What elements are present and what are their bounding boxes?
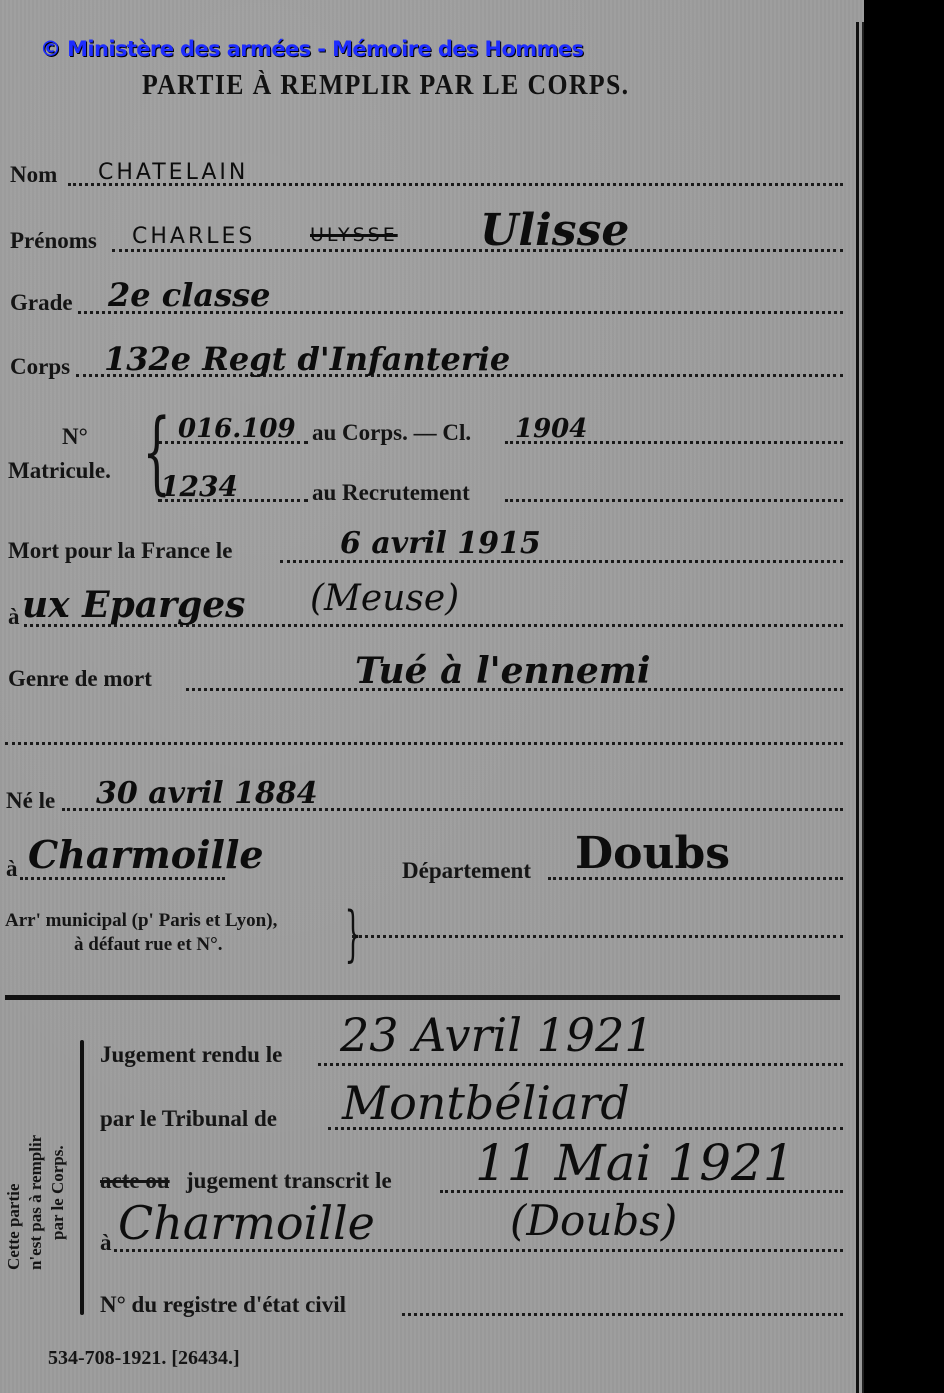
registre-line xyxy=(402,1313,843,1316)
ne-value: 30 avril 1884 xyxy=(96,776,318,811)
section-divider xyxy=(5,995,840,1000)
prenoms-value: CHARLES xyxy=(132,224,255,249)
jugement-rendu-line xyxy=(318,1063,843,1066)
lieu-mort-dept: (Meuse) xyxy=(310,578,459,619)
matricule-corps-label: au Corps. — Cl. xyxy=(312,420,471,446)
tribunal-value: Montbéliard xyxy=(342,1076,630,1130)
departement-label: Département xyxy=(402,858,531,884)
form-heading: PARTIE À REMPLIR PAR LE CORPS. xyxy=(142,70,629,102)
lieu-naissance-value: Charmoille xyxy=(28,832,264,877)
matricule-recrutement-label: au Recrutement xyxy=(312,480,470,506)
nom-value: CHATELAIN xyxy=(98,160,248,185)
side-note: Cette partie n'est pas à remplir par le … xyxy=(0,1080,90,1280)
prenoms-label: Prénoms xyxy=(10,228,97,254)
jugement-lieu-value: Charmoille xyxy=(118,1196,375,1250)
genre-mort-value: Tué à l'ennemi xyxy=(355,650,651,692)
lieu-naissance-line xyxy=(20,877,225,880)
prenoms-correction: Ulisse xyxy=(480,205,629,256)
genre-mort-label: Genre de mort xyxy=(8,666,152,692)
mort-value: 6 avril 1915 xyxy=(340,526,541,561)
prenoms-struck: ULYSSE xyxy=(310,224,398,246)
prenoms-line xyxy=(112,249,843,252)
grade-value: 2e classe xyxy=(108,276,271,314)
transcrit-value: 11 Mai 1921 xyxy=(475,1134,795,1192)
matricule-recrutement-value: 1234 xyxy=(160,470,238,503)
jugement-rendu-label: Jugement rendu le xyxy=(100,1042,282,1068)
transcrit-struck: acte ou xyxy=(100,1168,170,1194)
side-note-line3: par le Corps. xyxy=(48,1145,68,1240)
lieu-naissance-prefix: à xyxy=(6,856,18,882)
page-edge-line xyxy=(856,22,859,1393)
print-reference: 534-708-1921. [26434.] xyxy=(48,1347,240,1370)
nom-label: Nom xyxy=(10,162,57,188)
side-bracket xyxy=(80,1040,84,1315)
matricule-label-line2: Matricule. xyxy=(8,458,111,484)
ne-label: Né le xyxy=(6,788,55,814)
departement-value: Doubs xyxy=(575,828,730,879)
lieu-mort-prefix: à xyxy=(8,604,20,630)
side-note-line2: n'est pas à remplir xyxy=(26,1135,46,1270)
arrondissement-brace: } xyxy=(345,904,362,964)
corps-label: Corps xyxy=(10,354,70,380)
jugement-lieu-prefix: à xyxy=(100,1230,112,1256)
page-edge-line xyxy=(862,22,864,1393)
mort-label: Mort pour la France le xyxy=(8,538,232,564)
arrondissement-label-line2: à défaut rue et N°. xyxy=(74,934,222,956)
tribunal-label: par le Tribunal de xyxy=(100,1106,277,1132)
jugement-lieu-dept: (Doubs) xyxy=(510,1196,677,1245)
side-note-line1: Cette partie xyxy=(4,1184,24,1270)
blank-line xyxy=(5,742,843,745)
registre-label: N° du registre d'état civil xyxy=(100,1292,346,1318)
arrondissement-label-line1: Arr' municipal (p' Paris et Lyon), xyxy=(5,910,277,932)
matricule-corps-value: 016.109 xyxy=(178,414,296,444)
arrondissement-line xyxy=(352,935,843,938)
matricule-label-line1: N° xyxy=(62,424,88,450)
recrutement-line xyxy=(505,499,843,502)
corps-value: 132e Regt d'Infanterie xyxy=(104,340,510,378)
jugement-rendu-value: 23 Avril 1921 xyxy=(340,1008,654,1062)
copyright-watermark: © Ministère des armées - Mémoire des Hom… xyxy=(40,37,583,61)
classe-value: 1904 xyxy=(515,414,587,444)
lieu-mort-value: ux Eparges xyxy=(22,584,245,626)
transcrit-label: jugement transcrit le xyxy=(186,1168,392,1194)
grade-label: Grade xyxy=(10,290,73,316)
